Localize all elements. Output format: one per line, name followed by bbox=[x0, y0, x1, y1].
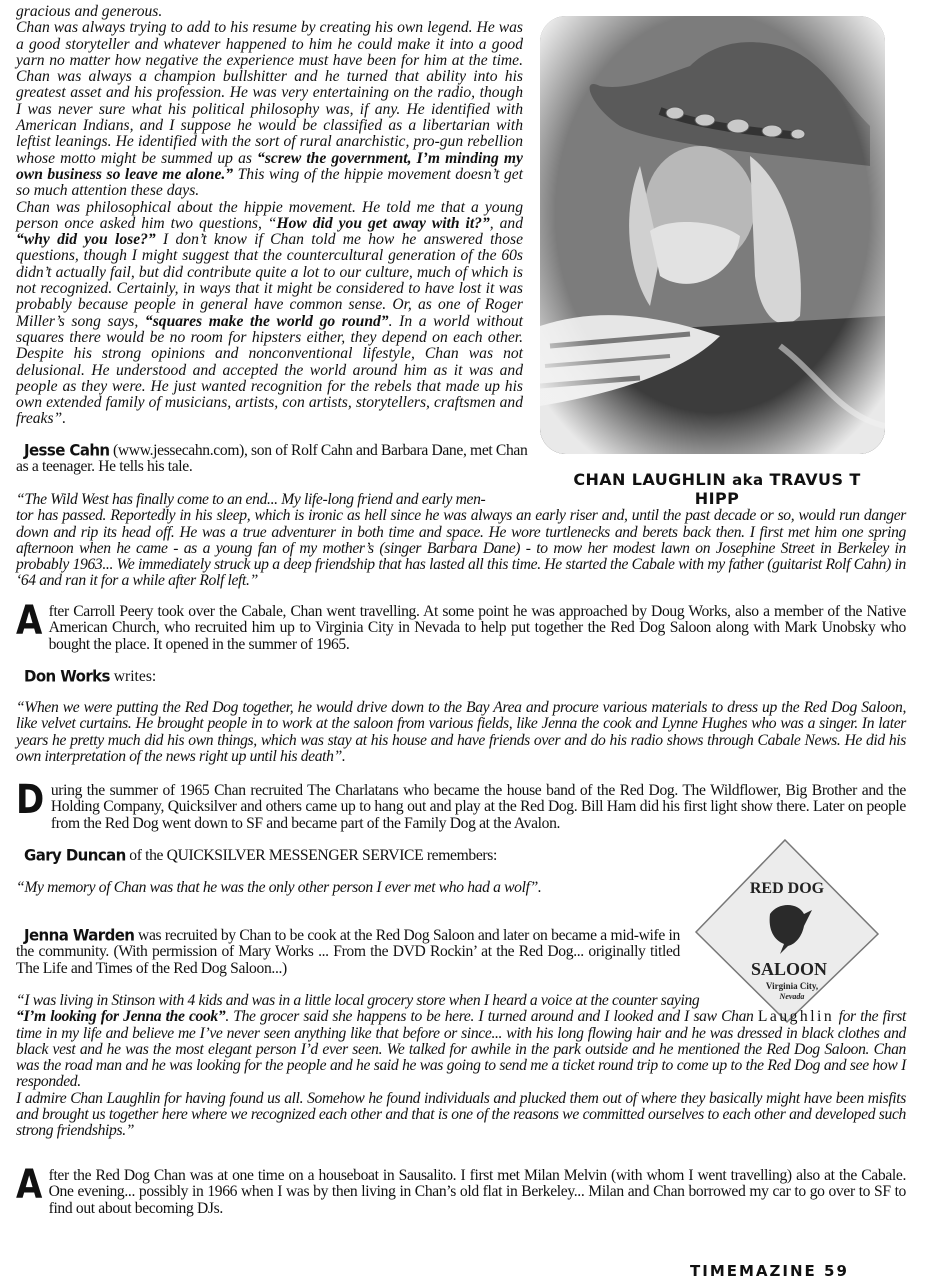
speaker-name: Jenna Warden bbox=[24, 926, 134, 944]
jenna-intro: Jenna Warden was recruited by Chan to be… bbox=[16, 927, 680, 977]
page-number: 59 bbox=[824, 1262, 849, 1280]
portrait-illustration-icon bbox=[540, 16, 885, 454]
jesse-quote: “The Wild West has finally come to an en… bbox=[16, 492, 906, 590]
quote-emphasis: “squares make the world go round” bbox=[145, 313, 389, 330]
svg-text:SALOON: SALOON bbox=[751, 959, 827, 979]
quote-emphasis: “I’m looking for Jenna the cook” bbox=[16, 1008, 225, 1025]
don-intro: Don Works writes: bbox=[16, 668, 906, 685]
page-footer: TIMEMAZINE 59 bbox=[690, 1262, 849, 1280]
svg-text:RED DOG: RED DOG bbox=[750, 880, 825, 897]
drop-cap: A bbox=[16, 606, 42, 638]
drop-cap: D bbox=[16, 785, 44, 817]
speaker-name: Don Works bbox=[24, 667, 110, 685]
portrait-photo bbox=[540, 16, 885, 454]
quote-emphasis: “why did you lose?” bbox=[16, 231, 156, 248]
jesse-intro: Jesse Cahn (www.jessecahn.com), son of R… bbox=[16, 442, 528, 476]
paragraph-after-reddog: After the Red Dog Chan was at one time o… bbox=[16, 1168, 906, 1217]
drop-cap: A bbox=[16, 1170, 42, 1202]
intro-paragraph-1: Chan was always trying to add to his res… bbox=[16, 20, 523, 199]
intro-text: gracious and generous. Chan was always t… bbox=[16, 4, 523, 428]
speaker-name: Jesse Cahn bbox=[24, 441, 110, 459]
gary-intro: Gary Duncan of the QUICKSILVER MESSENGER… bbox=[16, 847, 676, 864]
gary-quote: “My memory of Chan was that he was the o… bbox=[16, 880, 676, 896]
publication-name: TIMEMAZINE bbox=[690, 1262, 817, 1280]
paragraph-during: During the summer of 1965 Chan recruited… bbox=[16, 783, 906, 832]
speaker-name: Gary Duncan bbox=[24, 846, 126, 864]
don-quote: “When we were putting the Red Dog togeth… bbox=[16, 700, 906, 765]
svg-text:Virginia City,: Virginia City, bbox=[766, 981, 818, 991]
quote-emphasis: How did you get away with it?” bbox=[276, 215, 489, 232]
intro-line: gracious and generous. bbox=[16, 4, 523, 20]
jenna-quote: “I was living in Stinson with 4 kids and… bbox=[16, 993, 906, 1140]
intro-paragraph-2: Chan was philosophical about the hippie … bbox=[16, 200, 523, 428]
paragraph-after-carroll: After Carroll Peery took over the Cabale… bbox=[16, 604, 906, 653]
